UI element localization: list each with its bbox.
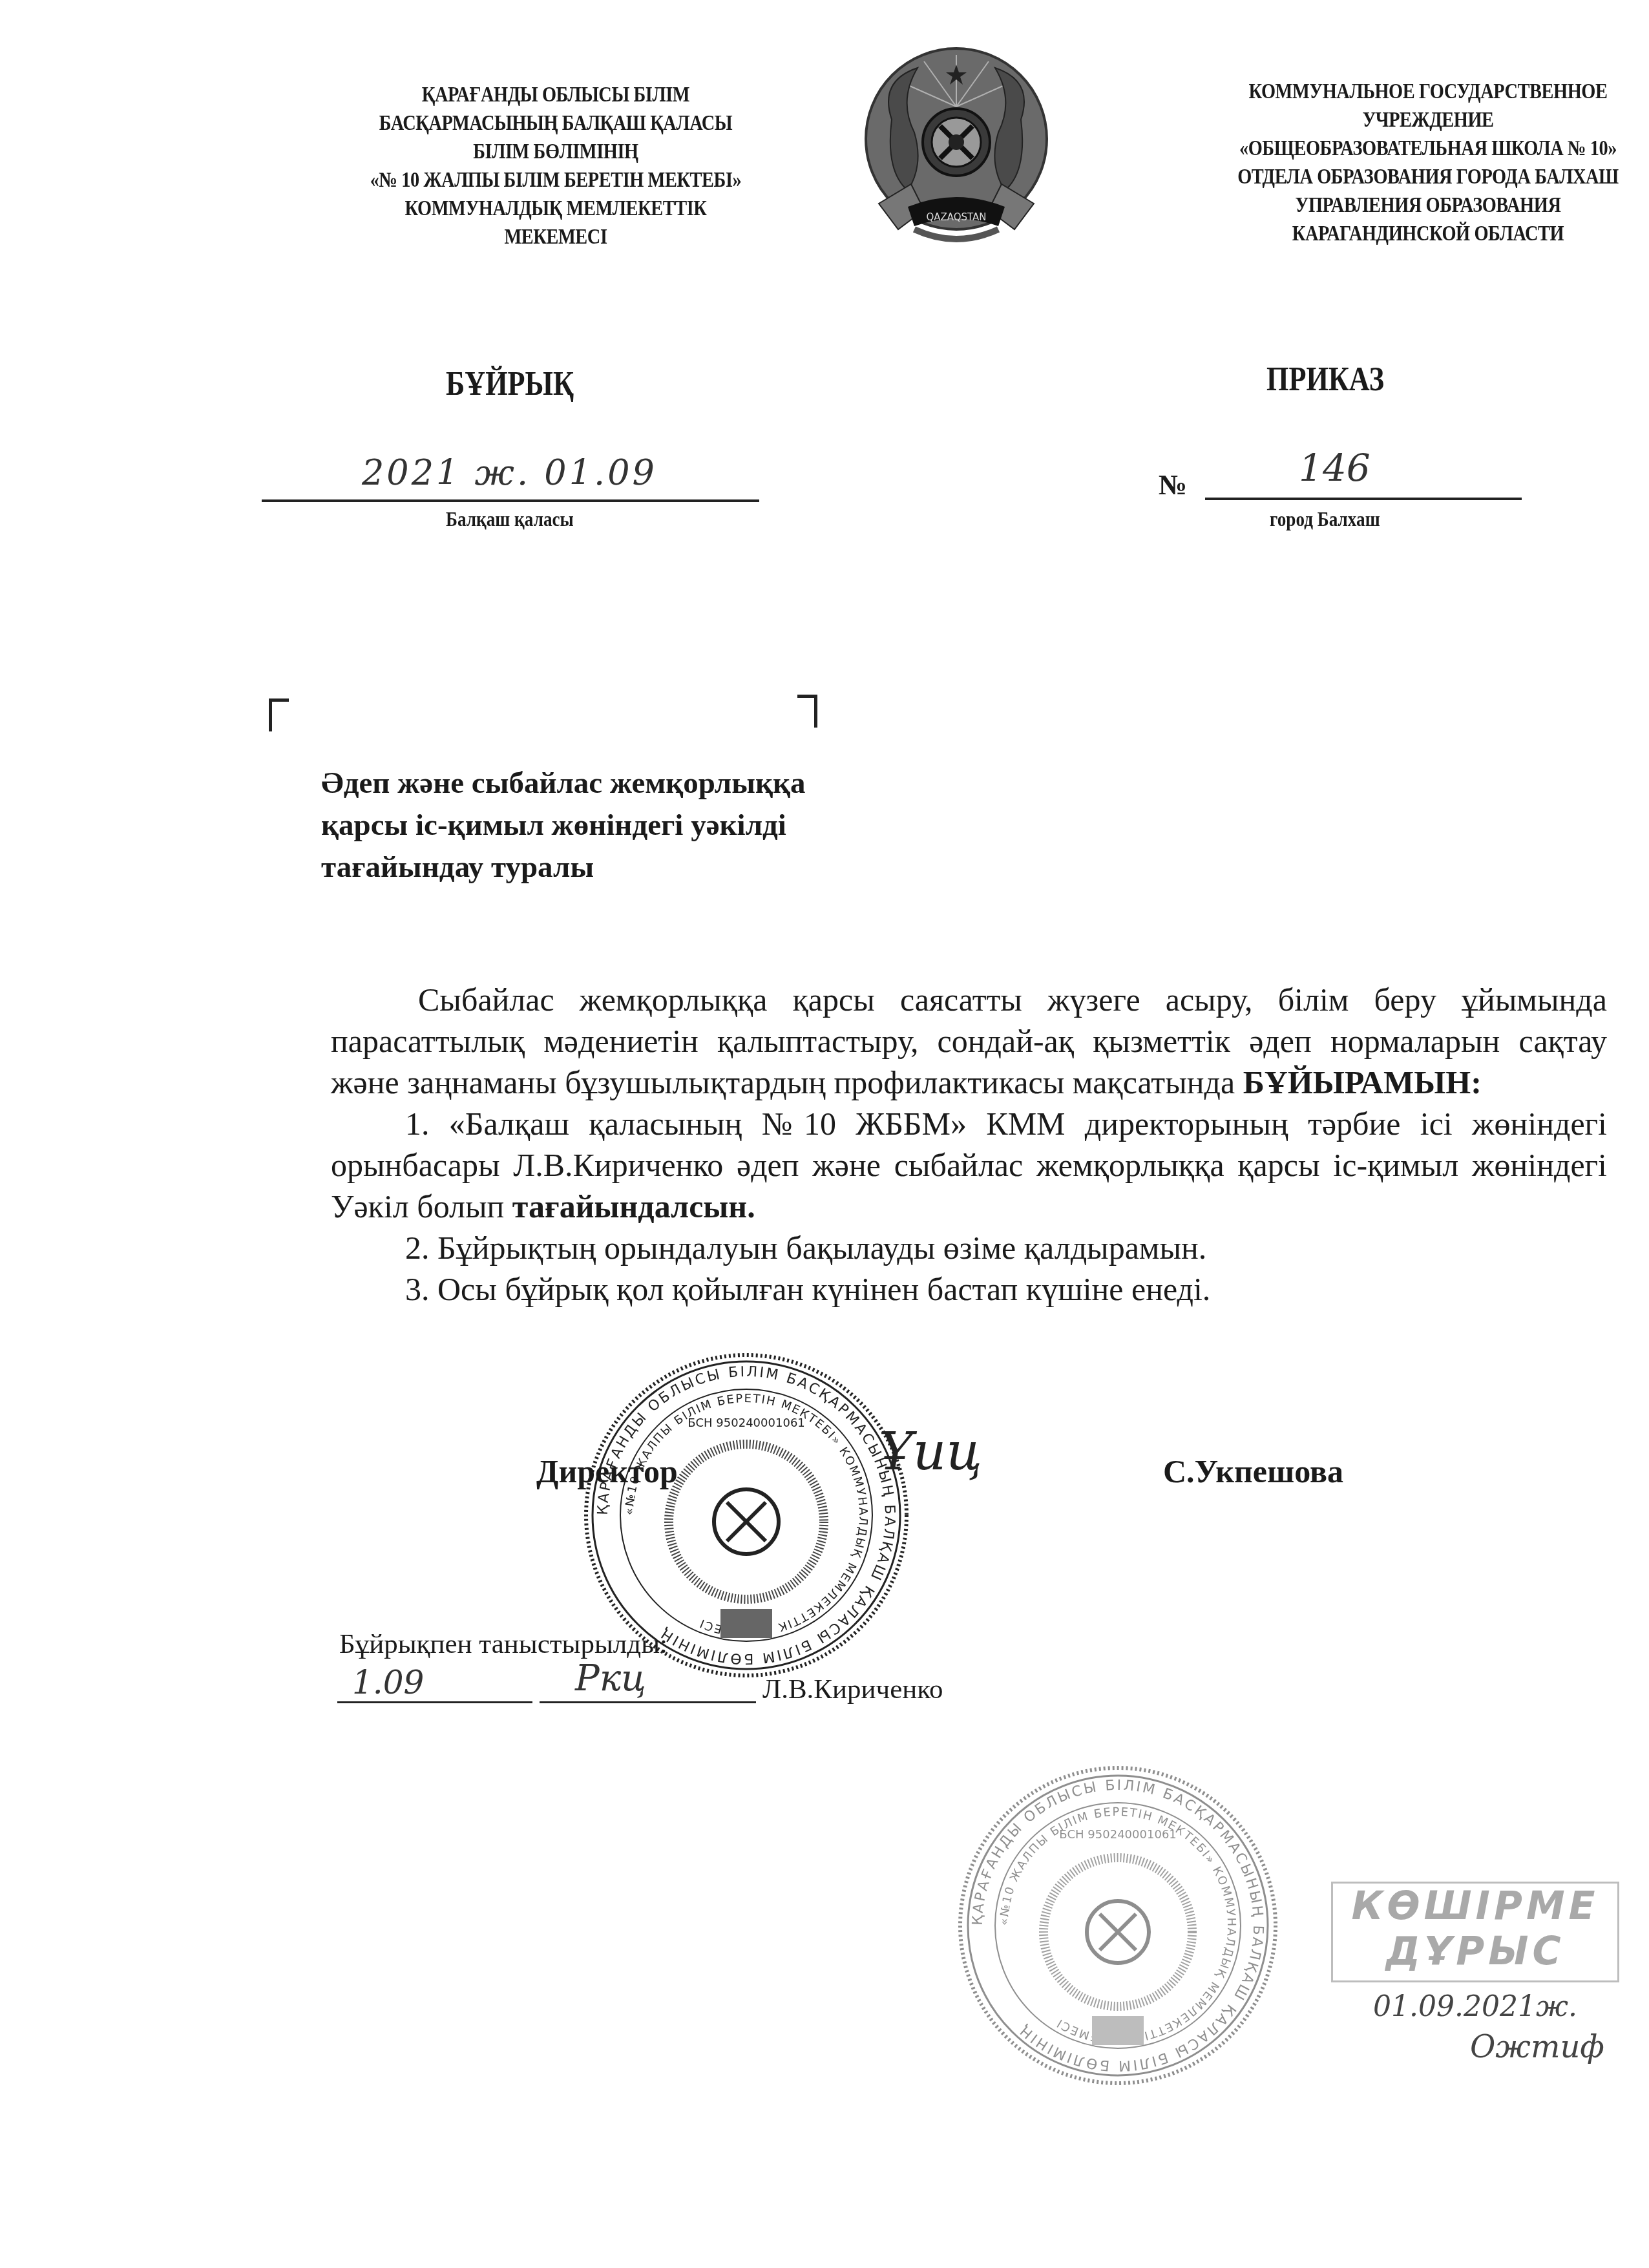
ru-org-line: УПРАВЛЕНИЯ ОБРАЗОВАНИЯ [1144, 191, 1649, 220]
kz-org-line: ҚАРАҒАНДЫ ОБЛЫСЫ БІЛІМ [289, 81, 823, 109]
item-1-bold: тағайындалсын. [512, 1188, 755, 1224]
subject-line: Әдеп және сыбайлас жемқорлыққа [321, 762, 806, 804]
kz-org-line: БАСҚАРМАСЫНЫҢ БАЛҚАШ ҚАЛАСЫ [289, 109, 823, 138]
signatory-position: Директор [536, 1453, 678, 1490]
subject-line: қарсы іс-қимыл жөніндегі уәкілді [321, 804, 806, 846]
copy-certified-stamp: КӨШІРМЕ ДҰРЫС [1331, 1882, 1619, 1982]
order-date-handwritten: 2021 ж. 01.09 [362, 452, 657, 493]
copy-certification-date: 01.09.2021ж. [1373, 1990, 1577, 2023]
order-item-2: 2. Бұйрықтың орындалуын бақылауды өзіме … [331, 1227, 1607, 1268]
acknowledgement-label: Бұйрықпен таныстырылды: [339, 1628, 667, 1660]
ru-org-line: УЧРЕЖДЕНИЕ [1144, 106, 1649, 134]
ru-org-line: ОТДЕЛА ОБРАЗОВАНИЯ ГОРОДА БАЛХАШ [1144, 163, 1649, 191]
header-kz-organization: ҚАРАҒАНДЫ ОБЛЫСЫ БІЛІМ БАСҚАРМАСЫНЫҢ БАЛ… [289, 81, 823, 251]
order-title-ru: ПРИКАЗ [1266, 361, 1384, 399]
kz-org-line: МЕКЕМЕСІ [289, 223, 823, 251]
svg-text:БСН 950240001061: БСН 950240001061 [688, 1416, 805, 1430]
number-underline [1205, 498, 1522, 500]
copy-stamp-line-1: КӨШІРМЕ [1333, 1884, 1617, 1929]
kz-org-line: БІЛІМ БӨЛІМІНІҢ [289, 138, 823, 166]
corner-bracket-left [269, 698, 289, 731]
order-number-handwritten: 146 [1299, 446, 1371, 490]
acknowledgement-date: 1.09 [352, 1664, 424, 1701]
order-body: Сыбайлас жемқорлыққа қарсы саясатты жүзе… [331, 979, 1607, 1310]
subject-line: тағайындау туралы [321, 846, 806, 888]
acknowledgement-date-line [337, 1701, 532, 1703]
copy-certification-signature: Ожтиф [1470, 2029, 1604, 2065]
copy-stamp-line-2: ДҰРЫС [1333, 1929, 1617, 1974]
svg-text:БСН 950240001061: БСН 950240001061 [1059, 1828, 1177, 1842]
svg-text:QAZAQSTAN: QAZAQSTAN [926, 211, 986, 223]
order-number-sign: № [1159, 468, 1187, 501]
copy-seal-stamp: ҚАРАҒАНДЫ ОБЛЫСЫ БІЛІМ БАСҚАРМАСЫНЫҢ БАЛ… [956, 1764, 1279, 2087]
order-item-1: 1. «Балқаш қаласының №10 ЖББМ» КММ дирек… [331, 1103, 1607, 1227]
kz-org-line: «№ 10 ЖАЛПЫ БІЛІМ БЕРЕТІН МЕКТЕБІ» [289, 166, 823, 194]
place-ru: город Балхаш [1270, 507, 1380, 531]
director-signature: Ұиц [879, 1422, 982, 1482]
preamble-paragraph: Сыбайлас жемқорлыққа қарсы саясатты жүзе… [331, 979, 1607, 1103]
acknowledgement-signature-line [540, 1701, 756, 1703]
place-kz: Балқаш қаласы [446, 507, 574, 531]
ru-org-line: КОММУНАЛЬНОЕ ГОСУДАРСТВЕННОЕ [1144, 78, 1649, 106]
order-title-kz: БҰЙРЫҚ [446, 365, 574, 403]
state-emblem-icon: QAZAQSTAN [853, 42, 1060, 255]
order-item-3: 3. Осы бұйрық қол қойылған күнінен баста… [331, 1268, 1607, 1310]
ru-org-line: «ОБЩЕОБРАЗОВАТЕЛЬНАЯ ШКОЛА № 10» [1144, 134, 1649, 163]
kz-org-line: КОММУНАЛДЫҚ МЕМЛЕКЕТТІК [289, 194, 823, 223]
acknowledgement-name: Л.В.Кириченко [762, 1674, 943, 1705]
order-subject: Әдеп және сыбайлас жемқорлыққа қарсы іс-… [321, 762, 806, 888]
signatory-name: С.Укпешова [1163, 1453, 1343, 1490]
command-word: БҰЙЫРАМЫН: [1243, 1064, 1482, 1100]
ru-org-line: КАРАГАНДИНСКОЙ ОБЛАСТИ [1144, 220, 1649, 248]
header-ru-organization: КОММУНАЛЬНОЕ ГОСУДАРСТВЕННОЕ УЧРЕЖДЕНИЕ … [1144, 78, 1649, 248]
date-underline [262, 499, 759, 502]
corner-bracket-right [797, 695, 817, 728]
acknowledgement-signature: Ркц [575, 1657, 646, 1699]
